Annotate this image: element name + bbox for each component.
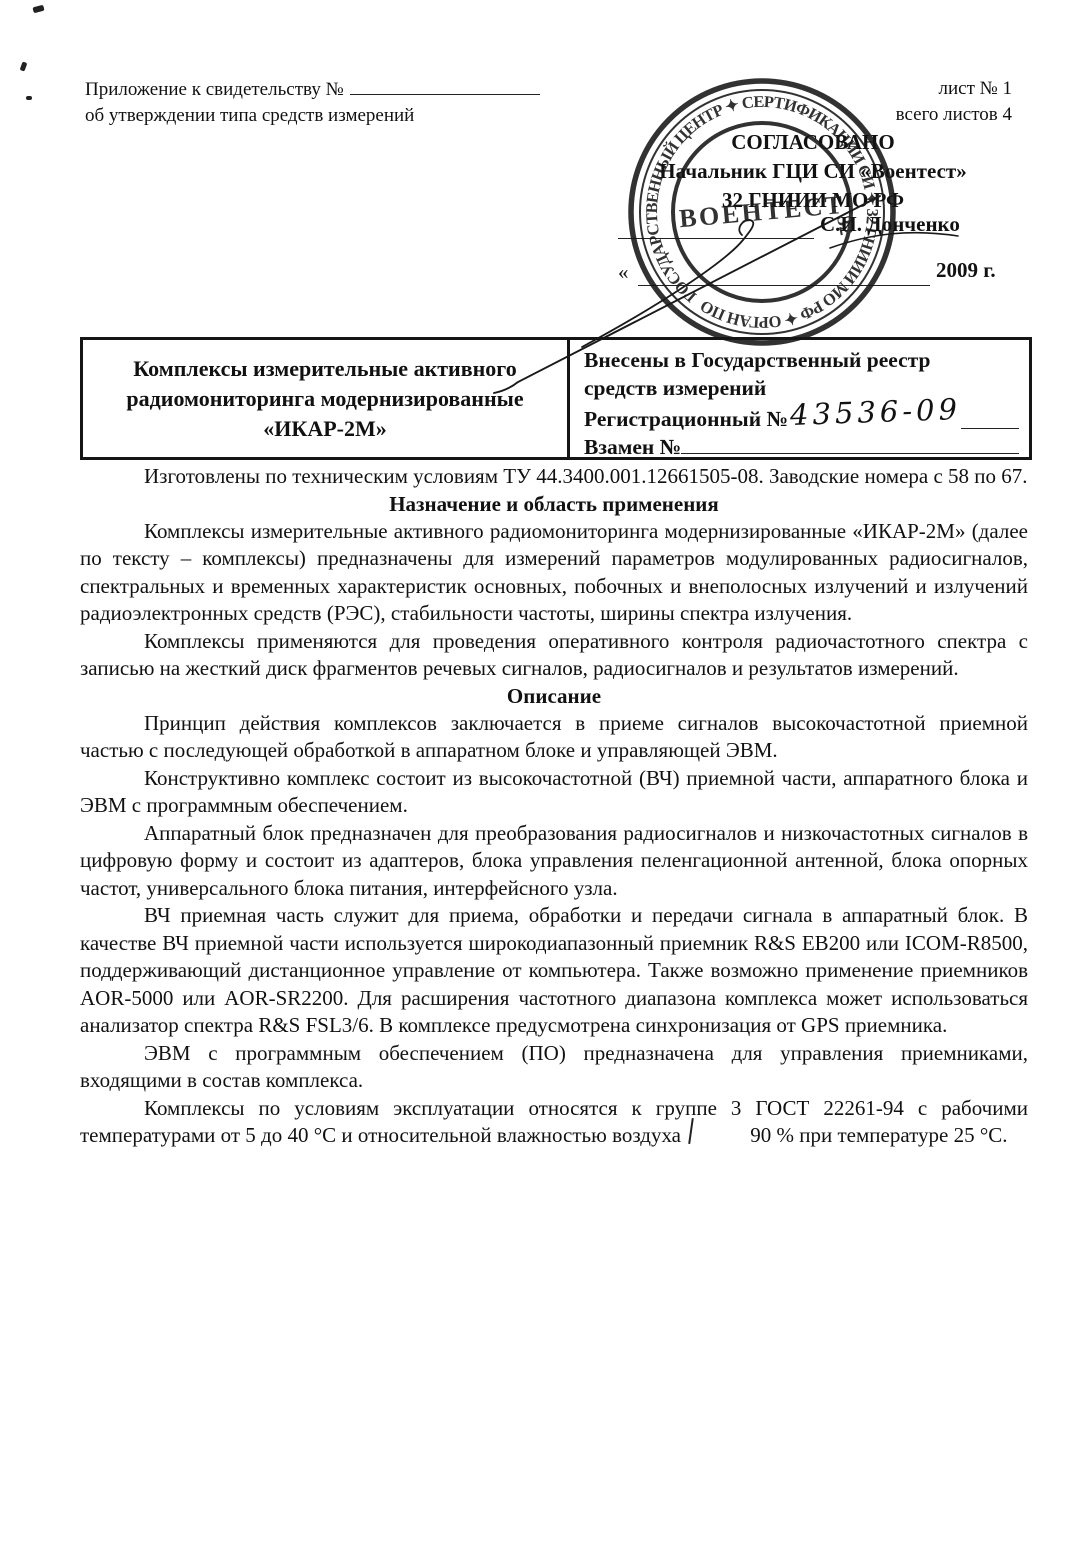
sheet-counter: лист № 1 всего листов 4 (896, 76, 1012, 128)
instrument-title-line2: радиомониторинга модернизированные (91, 384, 559, 414)
sheets-total: всего листов 4 (896, 102, 1012, 128)
stamp-side-number: 32 (832, 214, 856, 237)
scan-speck (20, 61, 28, 71)
corrected-humidity-value: 90 (686, 1122, 771, 1150)
purpose-paragraph-1: Комплексы измерительные активного радиом… (80, 518, 1028, 628)
replaces-label: Взамен № (584, 433, 681, 461)
purpose-heading: Назначение и область применения (80, 491, 1028, 518)
registry-cell: Внесены в Государственный реестр средств… (570, 340, 1029, 457)
sheet-number: лист № 1 (896, 76, 1012, 102)
scan-speck (26, 96, 32, 100)
header-zone: Приложение к свидетельству № об утвержде… (0, 0, 1092, 470)
instrument-title-line3: «ИКАР-2М» (91, 414, 559, 444)
instrument-title-line1: Комплексы измерительные активного (91, 354, 559, 384)
appendix-subtitle: об утверждении типа средств измерений (85, 103, 540, 129)
description-paragraph-5: ЭВМ с программным обеспечением (ПО) пред… (80, 1040, 1028, 1095)
stamp-center-text: ВОЕНТЕСТ (678, 190, 846, 233)
registry-line1: Внесены в Государственный реестр (584, 346, 1019, 374)
year-label: 2009 г. (936, 258, 996, 283)
replaces-blank (681, 433, 1019, 454)
conditions-text-after: % при температуре 25 °С. (771, 1123, 1007, 1147)
appendix-header: Приложение к свидетельству № об утвержде… (85, 76, 540, 129)
description-paragraph-4: ВЧ приемная часть служит для приема, обр… (80, 902, 1028, 1040)
document-body: Изготовлены по техническим условиям ТУ 4… (80, 463, 1028, 1150)
registration-table: Комплексы измерительные активного радиом… (80, 337, 1032, 460)
certificate-number-blank (350, 76, 540, 95)
description-paragraph-3: Аппаратный блок предназначен для преобра… (80, 820, 1028, 903)
appendix-label: Приложение к свидетельству № (85, 79, 344, 100)
description-paragraph-2: Конструктивно комплекс состоит из высоко… (80, 765, 1028, 820)
instrument-title-cell: Комплексы измерительные активного радиом… (83, 340, 570, 457)
description-paragraph-6: Комплексы по условиям эксплуатации относ… (80, 1095, 1028, 1150)
registration-number-handwritten: 43536-09 (790, 395, 962, 429)
description-heading: Описание (80, 683, 1028, 710)
document-page: Приложение к свидетельству № об утвержде… (0, 0, 1092, 1560)
scan-speck (32, 5, 44, 14)
purpose-paragraph-2: Комплексы применяются для проведения опе… (80, 628, 1028, 683)
registration-number-label: Регистрационный № (584, 405, 788, 433)
description-paragraph-1: Принцип действия комплексов заключается … (80, 710, 1028, 765)
registration-number-blank (961, 422, 1019, 429)
voentest-round-stamp: ГОСУДАРСТВЕННЫЙ ЦЕНТР ✦ СЕРТИФИКАЦИИ СИ … (617, 67, 907, 357)
manufacture-paragraph: Изготовлены по техническим условиям ТУ 4… (80, 463, 1028, 491)
